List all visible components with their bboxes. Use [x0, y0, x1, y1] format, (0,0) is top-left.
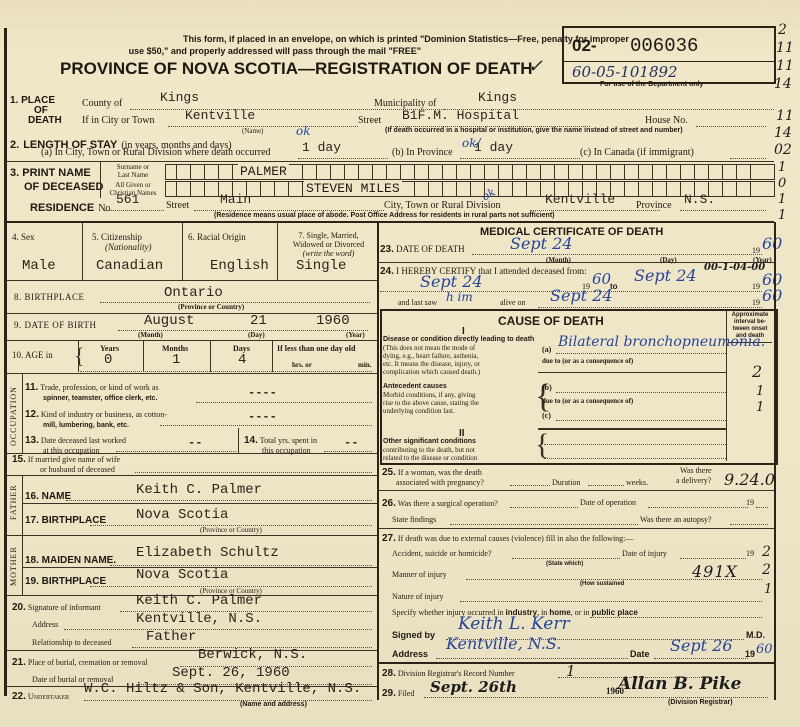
findings-label: State findings — [392, 515, 436, 524]
margin-code: 2 — [752, 362, 762, 381]
informant-signature-label: 20. 20. Signature of informantSignature … — [12, 602, 101, 613]
check-mark: ✓ — [528, 56, 543, 77]
dob-year: 1960 — [316, 313, 350, 329]
injury-date-label: Date of injury — [622, 549, 667, 558]
mail-notice: This form, if placed in an envelope, on … — [73, 33, 433, 57]
registration-prefix: 02- — [572, 36, 597, 56]
dob-day-sub: (Day) — [248, 331, 265, 339]
margin-code: 14 — [774, 76, 792, 92]
due-to-label: due to (or as a consequence of) — [542, 357, 633, 365]
father-name-value: Keith C. Palmer — [136, 482, 262, 498]
margin-code: 11 — [776, 108, 794, 124]
racial-origin-value: English — [210, 258, 269, 274]
registration-number: 006036 — [630, 35, 698, 57]
city-sub-label: (Name) — [242, 127, 263, 135]
q11-label: 11. Trade, profession, or kind of work a… — [25, 383, 159, 404]
other-conditions-label: Other significant conditions contributin… — [383, 438, 477, 462]
house-number-label: House No. — [645, 115, 688, 126]
death-registration-form: This form, if placed in an envelope, on … — [0, 0, 800, 727]
county-label: County of — [82, 98, 122, 109]
last-saw-label: and last saw — [398, 298, 437, 307]
year-prefix: 19 — [752, 298, 760, 307]
registration-number-box: 02- 006036 60-05-101892 — [562, 26, 776, 84]
q25-label: 25. If a woman, was the death associated… — [382, 468, 484, 488]
margin-code: 2 — [762, 562, 771, 578]
duration-label: Duration — [552, 478, 580, 487]
year-prefix: 19 — [752, 246, 760, 255]
physician-address-label: Address — [392, 649, 428, 659]
state-which-label: (State which) — [546, 561, 583, 567]
sex-label: 4. Sex — [12, 232, 35, 242]
margin-code: 1 — [778, 208, 786, 223]
margin-code: 14 — [774, 125, 792, 141]
residence-city: Kentville — [545, 192, 615, 207]
relationship-value: Father — [146, 629, 196, 645]
age-years-value: 0 — [104, 352, 112, 368]
stay-city-label: (a) In City, Town or Rural Division wher… — [41, 147, 271, 158]
cause-code: 9.24.0 — [724, 470, 775, 489]
mother-birthplace-value: Nova Scotia — [136, 567, 228, 583]
physician-address: Kentville, N.S. — [446, 634, 561, 653]
father-name-label: 16. NAME — [25, 491, 71, 502]
residence-street: Main — [220, 192, 251, 207]
informant-address-label: Address — [32, 620, 58, 629]
undertaker-sub-label: (Name and address) — [240, 701, 307, 708]
attendance-code: 00-1-04-00 — [704, 262, 765, 273]
record-number-value: 1 — [566, 662, 576, 680]
age-label: 10. AGE in — [12, 350, 53, 360]
age-less-than-day-label: If less than one day old — [277, 344, 355, 353]
margin-code: 1 — [778, 192, 786, 207]
citizenship-sub-label: (Nationality) — [105, 242, 152, 252]
surname-value: PALMER — [238, 164, 289, 179]
dob-day: 21 — [250, 313, 267, 329]
delivery-label: Was there a delivery? — [676, 466, 712, 486]
dob-month: August — [144, 313, 194, 329]
place-note: (If death occurred in a hospital or inst… — [385, 127, 683, 134]
given-names-value: STEVEN MILES — [304, 181, 402, 196]
residence-label: RESIDENCE No. — [30, 198, 113, 216]
year-prefix: 19 — [745, 649, 755, 659]
age-minutes-label: min. — [358, 361, 371, 369]
margin-code: 1 — [756, 400, 764, 415]
burial-place-value: Berwick, N.S. — [198, 647, 307, 663]
cause-a-value: Bilateral bronchopneumonia. — [558, 334, 765, 350]
right-border — [774, 222, 776, 700]
residence-province-label: Province — [636, 200, 672, 211]
disease-label: Disease or condition directly leading to… — [383, 336, 534, 376]
father-side-label: FATHER — [9, 484, 18, 520]
alive-on-year: 60 — [762, 286, 782, 305]
date-of-death-label: 23. DATE OF DEATH — [380, 244, 465, 255]
surname-label: Surname orLast Name — [103, 163, 163, 179]
margin-code: 11 — [776, 40, 794, 56]
father-birthplace-sub: (Province or Country) — [200, 526, 262, 534]
mother-name-value: Elizabeth Schultz — [136, 545, 279, 561]
signature-year: 60 — [756, 642, 773, 657]
margin-code: 0 — [778, 176, 786, 191]
alive-on-date: Sept 24 — [550, 286, 613, 305]
alive-on-label: alive on — [500, 298, 526, 307]
notice-line-1: This form, if placed in an envelope, on … — [183, 33, 543, 45]
margin-code: 1 — [764, 582, 772, 597]
verification-mark: ok — [296, 124, 311, 138]
mother-name-label: 18. MAIDEN NAME. — [25, 555, 116, 566]
filed-label: 29. Filed — [382, 688, 414, 699]
filed-date: Sept. 26th — [430, 678, 517, 696]
print-name-label: 3. PRINT NAME OF DECEASED — [10, 166, 103, 194]
notice-line-2: use $50," and properly addressed will pa… — [61, 45, 421, 57]
age-months-value: 1 — [172, 352, 180, 368]
racial-origin-label: 6. Racial Origin — [188, 232, 246, 242]
external-causes-label: 27. If death was due to external causes … — [382, 533, 633, 544]
age-hours-label: hrs. or — [292, 361, 312, 369]
department-only-label: For use of the Department only — [600, 81, 703, 88]
city-value: Kentville — [185, 108, 255, 123]
margin-code: 1 — [778, 160, 786, 175]
burial-place-label: 21. Place of burial, cremation or remova… — [12, 657, 147, 668]
residence-street-label: Street — [166, 200, 189, 211]
birthplace-sub-label: (Province or Country) — [178, 303, 244, 311]
manner-of-injury-label: Manner of injury — [392, 570, 447, 579]
cause-of-death-title: CAUSE OF DEATH — [498, 314, 604, 328]
division-registrar-label: (Division Registrar) — [668, 699, 733, 706]
birthplace-label: 8. BIRTHPLACE — [14, 292, 84, 302]
cause-b-label: (b) — [542, 383, 552, 392]
attended-from-date: Sept 24 — [420, 272, 483, 291]
year-prefix: 19 — [746, 498, 754, 507]
q15-label: 15. If married give name of wife or husb… — [12, 455, 120, 475]
mother-side-label: MOTHER — [9, 546, 18, 586]
residence-city-label: City, Town or Rural Division — [384, 200, 501, 211]
operation-date-label: Date of operation — [580, 498, 636, 507]
stay-city-value: 1 day — [302, 140, 341, 155]
city-label: If in City or Town — [82, 115, 154, 126]
signed-by-label: Signed by — [392, 630, 435, 640]
q12-label: 12. Kind of industry or business, as cot… — [25, 410, 167, 431]
father-birthplace-value: Nova Scotia — [136, 507, 228, 523]
residence-note: (Residence means usual place of abode. P… — [214, 212, 555, 219]
signature-date: Sept 26 — [670, 636, 733, 655]
q14-value: -- — [344, 436, 358, 450]
residence-province: N.S. — [684, 192, 715, 207]
physician-signature: Keith L. Kerr — [458, 614, 570, 634]
brace: { — [74, 343, 85, 369]
margin-code: 11 — [776, 58, 794, 74]
column-divider — [377, 222, 379, 700]
stay-province-label: (b) In Province — [392, 147, 453, 158]
nature-of-injury-label: Nature of injury — [392, 592, 444, 601]
informant-signature-value: Keith C. Palmer — [136, 593, 262, 609]
attended-to-date: Sept 24 — [634, 266, 697, 285]
county-value: Kings — [160, 90, 199, 105]
form-title: PROVINCE OF NOVA SCOTIA—REGISTRATION OF … — [60, 59, 533, 79]
informant-address-value: Kentville, N.S. — [136, 611, 262, 627]
year-prefix: 19 — [746, 549, 754, 558]
dob-month-sub: (Month) — [138, 331, 163, 339]
margin-code: 02 — [774, 142, 792, 158]
relationship-label: Relationship to deceased — [32, 638, 112, 647]
occupation-side-label: OCCUPATION — [9, 386, 18, 446]
autopsy-label: Was there an autopsy? — [640, 515, 712, 524]
year-prefix: 19 — [752, 282, 760, 291]
weeks-label: weeks. — [626, 478, 648, 487]
date-of-birth-label: 9. DATE OF BIRTH — [14, 320, 96, 330]
stay-canada-label: (c) In Canada (if immigrant) — [580, 147, 694, 158]
margin-code: 2 — [778, 22, 787, 38]
q12-value: ---- — [248, 410, 277, 424]
cause-a-label: (a) — [542, 345, 551, 354]
street-value: B1F.M. Hospital — [402, 108, 519, 123]
sex-value: Male — [22, 258, 56, 274]
q13-value: -- — [188, 436, 202, 450]
marital-status-label: 7. Single, Married, Widowed or Divorced … — [281, 231, 376, 258]
surname-box: PALMER — [165, 164, 775, 180]
cause-c-label: (c) — [542, 411, 551, 420]
registrar-signature: Allan B. Pike — [618, 674, 741, 694]
md-label: M.D. — [746, 630, 765, 640]
department-number: 60-05-101892 — [572, 63, 678, 81]
undertaker-label: 22. Undertaker — [12, 691, 69, 702]
last-saw-pronoun: h im — [446, 290, 473, 304]
place-of-death-label: 1. PLACE OF DEATH — [10, 96, 62, 126]
date-of-death-value: Sept 24 — [510, 234, 573, 253]
margin-code: 1 — [756, 384, 764, 399]
burial-date-value: Sept. 26, 1960 — [172, 665, 290, 681]
verification-mark: ok/ — [462, 136, 481, 150]
margin-code: 2 — [762, 544, 771, 560]
age-days-value: 4 — [238, 352, 246, 368]
certify-label: 24. I HEREBY CERTIFY that I attended dec… — [380, 266, 587, 277]
street-label: Street — [358, 115, 381, 126]
surgical-operation-label: 26. Was there a surgical operation? — [382, 498, 498, 509]
birthplace-value: Ontario — [164, 285, 223, 301]
citizenship-label: 5. Citizenship — [92, 232, 142, 242]
undertaker-value: W.C. Hiltz & Son, Kentville, N.S. — [84, 681, 361, 697]
marital-status-value: Single — [296, 258, 346, 274]
residence-number: 561 — [116, 192, 139, 207]
date-of-death-year: 60 — [762, 234, 782, 253]
dob-year-sub: (Year) — [346, 331, 365, 339]
signature-date-label: Date — [630, 649, 650, 659]
municipality-value: Kings — [478, 90, 517, 105]
brace: { — [535, 430, 549, 460]
how-sustained-label: (How sustained — [580, 581, 624, 587]
q11-value: ---- — [248, 386, 277, 400]
due-to-label: due to (or as a consequence of) — [542, 397, 633, 405]
citizenship-value: Canadian — [96, 258, 163, 274]
classification-code: 491X — [692, 562, 738, 581]
accident-label: Accident, suicide or homicide? — [392, 549, 492, 558]
antecedent-label: Antecedent causes Morbid conditions, if … — [383, 383, 479, 415]
